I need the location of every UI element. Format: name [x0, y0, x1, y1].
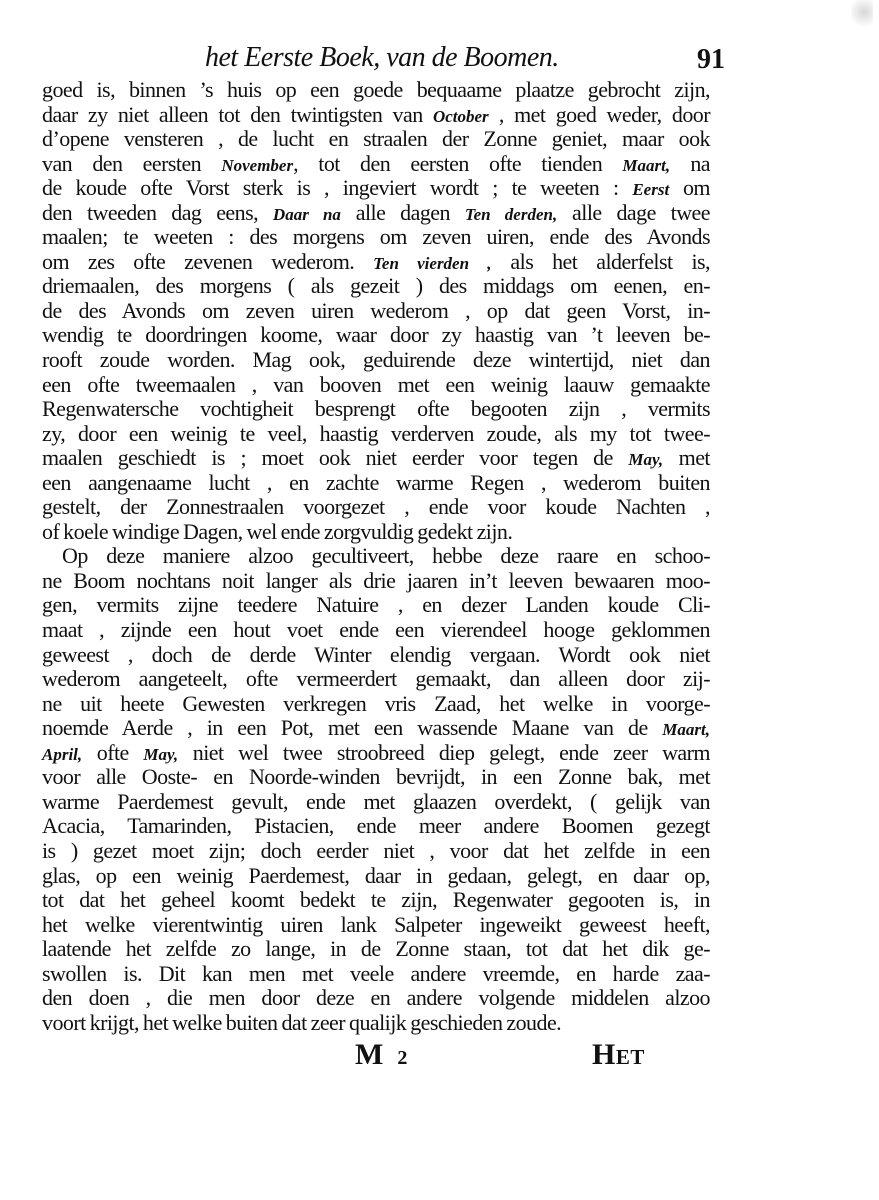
signature-number: 2: [397, 1047, 407, 1069]
text-segment: de koude ofte Vorst sterk is , ingeviert…: [42, 175, 632, 200]
text-line: voor alle Ooste- en Noorde-winden bevrij…: [42, 765, 710, 790]
signature-mark: M2: [355, 1038, 407, 1072]
text-line: warme Paerdemest gevult, ende met glaaze…: [42, 790, 710, 815]
text-segment: goed is, binnen ’s huis op een goede beq…: [42, 77, 710, 102]
text-segment: alle dage twee: [557, 200, 710, 225]
text-line: den tweeden dag eens, Daar na alle dagen…: [42, 201, 710, 226]
text-line: den doen , die men door deze en andere v…: [42, 986, 710, 1011]
text-segment: van den eersten: [42, 151, 221, 176]
text-segment: maalen; te weeten : des morgens om zeven…: [42, 224, 710, 249]
text-segment: Op deze maniere alzoo gecultiveert, hebb…: [62, 543, 710, 568]
text-segment: een aangenaame lucht , en zachte warme R…: [42, 470, 710, 495]
text-line: is ) gezet moet zijn; doch eerder niet ,…: [42, 839, 710, 864]
signature-letter: M: [355, 1038, 383, 1071]
text-segment: glas, op een weinig Paerdemest, daar in …: [42, 863, 710, 888]
text-line: swollen is. Dit kan men met veele andere…: [42, 962, 710, 987]
text-segment: Acacia, Tamarinden, Pistacien, ende meer…: [42, 813, 710, 838]
text-segment: gestelt, der Zonnestraalen voorgezet , e…: [42, 494, 710, 519]
text-segment: met: [663, 445, 710, 470]
text-line: gestelt, der Zonnestraalen voorgezet , e…: [42, 495, 710, 520]
text-segment: Regenwatersche vochtigheit besprengt oft…: [42, 396, 710, 421]
emphasized-term: Ten vierden ,: [373, 254, 491, 273]
text-segment: voort krijgt, het welke buiten dat zeer …: [42, 1010, 561, 1035]
text-segment: maalen geschiedt is ; moet ook niet eerd…: [42, 445, 628, 470]
emphasized-term: November: [221, 156, 293, 175]
text-segment: wederom aangeteelt, ofte vermeerdert gem…: [42, 666, 710, 691]
text-segment: daar zy niet alleen tot den twintigsten …: [42, 102, 433, 127]
text-line: goed is, binnen ’s huis op een goede beq…: [42, 78, 710, 103]
emphasized-term: Daar na: [273, 205, 341, 224]
text-line: wendig te doordringen koome, waar door z…: [42, 323, 710, 348]
emphasized-term: Ten derden,: [465, 205, 557, 224]
text-segment: gen, vermits zijne teedere Natuire , en …: [42, 592, 710, 617]
text-line: maalen; te weeten : des morgens om zeven…: [42, 225, 710, 250]
text-line: voort krijgt, het welke buiten dat zeer …: [42, 1011, 710, 1036]
text-line: gen, vermits zijne teedere Natuire , en …: [42, 593, 710, 618]
text-segment: om zes ofte zevenen wederom.: [42, 249, 373, 274]
text-line: de koude ofte Vorst sterk is , ingeviert…: [42, 176, 710, 201]
text-segment: de des Avonds om zeven uiren wederom , o…: [42, 298, 710, 323]
text-line: Regenwatersche vochtigheit besprengt oft…: [42, 397, 710, 422]
text-line: geweest , doch de derde Winter elendig v…: [42, 643, 710, 668]
text-segment: rooft zoude worden. Mag ook, geduirende …: [42, 347, 710, 372]
text-line: een ofte tweemaalen , van booven met een…: [42, 373, 710, 398]
text-line: het welke vierentwintig uiren lank Salpe…: [42, 913, 710, 938]
text-segment: ne uit heete Gewesten verkregen vris Zaa…: [42, 691, 710, 716]
text-segment: of koele windige Dagen, wel ende zorgvul…: [42, 519, 512, 544]
emphasized-term: Eerst: [632, 180, 669, 199]
text-line: de des Avonds om zeven uiren wederom , o…: [42, 299, 710, 324]
text-segment: noemde Aerde , in een Pot, met een wasse…: [42, 715, 662, 740]
text-line: rooft zoude worden. Mag ook, geduirende …: [42, 348, 710, 373]
text-line: tot dat het geheel koomt bedekt te zijn,…: [42, 888, 710, 913]
text-segment: swollen is. Dit kan men met veele andere…: [42, 961, 710, 986]
text-line: maalen geschiedt is ; moet ook niet eerd…: [42, 446, 710, 471]
text-line: ne Boom nochtans noit langer als drie ja…: [42, 569, 710, 594]
text-line: van den eersten November, tot den eerste…: [42, 152, 710, 177]
emphasized-term: April,: [42, 745, 82, 764]
text-line: glas, op een weinig Paerdemest, daar in …: [42, 864, 710, 889]
text-segment: laatende het zelfde zo lange, in de Zonn…: [42, 936, 710, 961]
emphasized-term: May,: [143, 745, 178, 764]
text-segment: voor alle Ooste- en Noorde-winden bevrij…: [42, 764, 710, 789]
text-segment: geweest , doch de derde Winter elendig v…: [42, 642, 710, 667]
running-head: het Eerste Boek, van de Boomen.: [205, 42, 559, 74]
text-line: zy, door een weinig te veel, haastig ver…: [42, 422, 710, 447]
text-segment: is ) gezet moet zijn; doch eerder niet ,…: [42, 838, 710, 863]
text-line: om zes ofte zevenen wederom. Ten vierden…: [42, 250, 710, 275]
text-segment: maat , zijnde een hout voet ende een vie…: [42, 617, 710, 642]
text-line: een aangenaame lucht , en zachte warme R…: [42, 471, 710, 496]
text-segment: , tot den eersten ofte tienden: [293, 151, 622, 176]
text-segment: warme Paerdemest gevult, ende met glaaze…: [42, 789, 710, 814]
text-line: maat , zijnde een hout voet ende een vie…: [42, 618, 710, 643]
text-line: driemaalen, des morgens ( als gezeit ) d…: [42, 274, 710, 299]
text-segment: driemaalen, des morgens ( als gezeit ) d…: [42, 273, 710, 298]
body-text: goed is, binnen ’s huis op een goede beq…: [42, 78, 710, 1035]
text-segment: een ofte tweemaalen , van booven met een…: [42, 372, 710, 397]
emphasized-term: Maart,: [662, 720, 710, 739]
text-line: noemde Aerde , in een Pot, met een wasse…: [42, 716, 710, 741]
text-line: of koele windige Dagen, wel ende zorgvul…: [42, 520, 710, 545]
text-segment: ofte: [82, 740, 143, 765]
text-segment: ne Boom nochtans noit langer als drie ja…: [42, 568, 710, 593]
book-page: het Eerste Boek, van de Boomen. 91 goed …: [0, 0, 879, 1200]
catchword: Het: [592, 1038, 645, 1072]
text-segment: wendig te doordringen koome, waar door z…: [42, 322, 710, 347]
text-segment: alle dagen: [341, 200, 465, 225]
text-segment: om: [669, 175, 710, 200]
text-segment: als het alderfelst is,: [492, 249, 710, 274]
emphasized-term: October: [433, 107, 489, 126]
text-segment: tot dat het geheel koomt bedekt te zijn,…: [42, 887, 710, 912]
text-line: d’opene vensteren , de lucht en straalen…: [42, 127, 710, 152]
text-segment: zy, door een weinig te veel, haastig ver…: [42, 421, 710, 446]
text-line: daar zy niet alleen tot den twintigsten …: [42, 103, 710, 128]
text-segment: d’opene vensteren , de lucht en straalen…: [42, 126, 710, 151]
emphasized-term: Maart,: [622, 156, 670, 175]
text-segment: niet wel twee stroobreed diep gelegt, en…: [178, 740, 710, 765]
text-segment: , met goed weder, door: [489, 102, 710, 127]
text-segment: den tweeden dag eens,: [42, 200, 273, 225]
text-segment: het welke vierentwintig uiren lank Salpe…: [42, 912, 710, 937]
text-line: April, ofte May, niet wel twee stroobree…: [42, 741, 710, 766]
text-line: wederom aangeteelt, ofte vermeerdert gem…: [42, 667, 710, 692]
text-line: Acacia, Tamarinden, Pistacien, ende meer…: [42, 814, 710, 839]
page-number: 91: [697, 44, 725, 76]
text-line: Op deze maniere alzoo gecultiveert, hebb…: [42, 544, 710, 569]
text-segment: na: [670, 151, 710, 176]
paper-blemish: [851, 0, 873, 30]
text-line: ne uit heete Gewesten verkregen vris Zaa…: [42, 692, 710, 717]
text-segment: den doen , die men door deze en andere v…: [42, 985, 710, 1010]
emphasized-term: May,: [628, 450, 663, 469]
text-line: laatende het zelfde zo lange, in de Zonn…: [42, 937, 710, 962]
